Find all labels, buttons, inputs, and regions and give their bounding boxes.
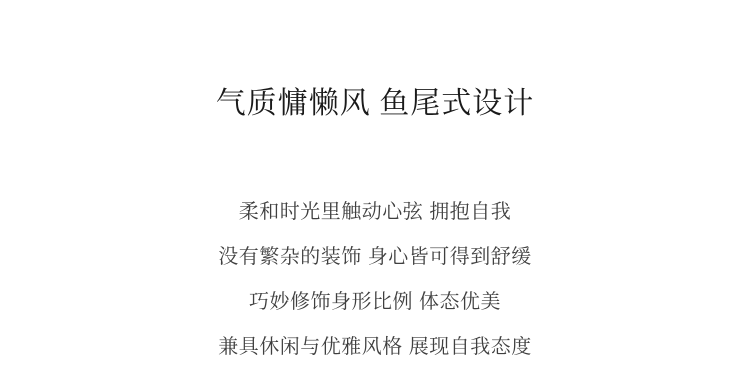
product-description-slide: 气质慵懒风 鱼尾式设计 柔和时光里触动心弦 拥抱自我 没有繁杂的装饰 身心皆可得… — [0, 0, 750, 370]
slide-title: 气质慵懒风 鱼尾式设计 — [0, 83, 750, 125]
slide-body-line-3: 巧妙修饰身形比例 体态优美 — [0, 280, 750, 325]
slide-body-line-4: 兼具休闲与优雅风格 展现自我态度 — [0, 325, 750, 370]
slide-body-line-1: 柔和时光里触动心弦 拥抱自我 — [0, 190, 750, 235]
slide-body-line-2: 没有繁杂的装饰 身心皆可得到舒缓 — [0, 235, 750, 280]
slide-body: 柔和时光里触动心弦 拥抱自我 没有繁杂的装饰 身心皆可得到舒缓 巧妙修饰身形比例… — [0, 190, 750, 370]
